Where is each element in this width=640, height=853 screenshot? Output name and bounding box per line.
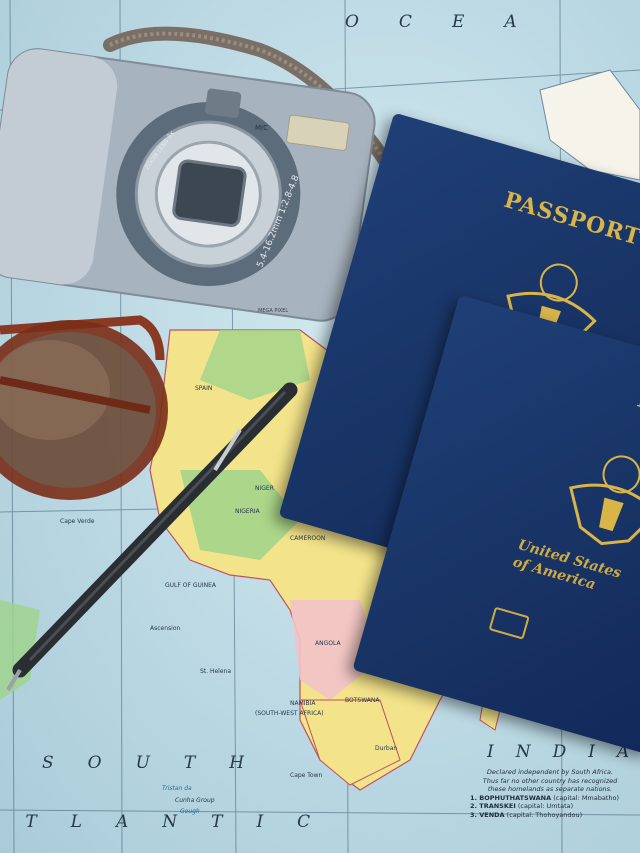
biometric-chip-icon bbox=[489, 607, 530, 640]
passport-title: PASSPORT bbox=[501, 187, 640, 251]
passport-title: PASSPORT bbox=[634, 386, 640, 450]
travel-flatlay-photo: NIGERIA NIGER CAMEROON ANGOLA NAMIBIA (S… bbox=[0, 0, 640, 853]
